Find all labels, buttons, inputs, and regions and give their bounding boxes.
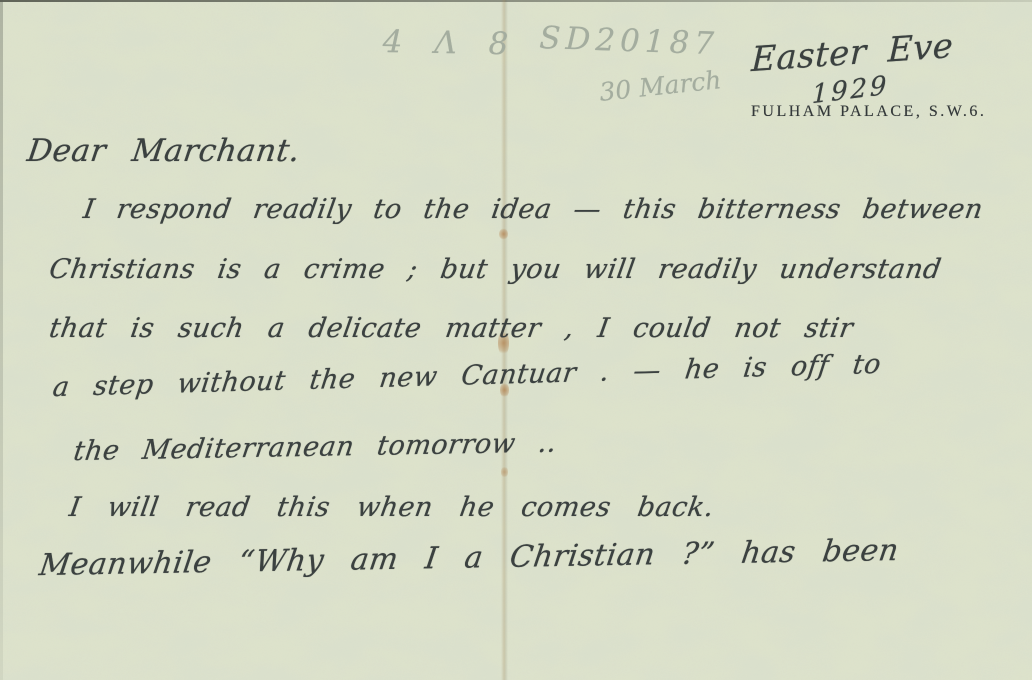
body-line: the Mediterranean tomorrow ..	[72, 428, 559, 468]
rust-stain	[499, 228, 508, 240]
body-line: a step without the new Cantuar . — he is…	[51, 349, 883, 403]
handwritten-date: Easter Eve	[751, 26, 954, 80]
letter-scan: 4 Λ 8 SD20187 30 March Easter Eve 1929 F…	[0, 0, 1032, 680]
pencil-date-annotation: 30 March	[598, 65, 723, 107]
letterhead-address: FULHAM PALACE, S.W.6.	[751, 103, 986, 121]
pencil-catalogue-code: SD20187	[539, 20, 720, 62]
salutation: Dear Marchant.	[25, 133, 303, 169]
body-line: I will read this when he comes back.	[67, 492, 716, 523]
scan-top-edge	[0, 0, 1032, 2]
rust-stain	[501, 466, 508, 478]
pencil-reference-number: 4 Λ 8	[382, 24, 519, 62]
body-line: Christians is a crime ; but you will rea…	[47, 254, 944, 285]
body-line: that is such a delicate matter , I could…	[47, 313, 855, 344]
body-line: Meanwhile “Why am I a Christian ?” has b…	[37, 533, 901, 583]
body-line: I respond readily to the idea — this bit…	[81, 194, 985, 225]
scan-left-edge	[0, 0, 3, 680]
